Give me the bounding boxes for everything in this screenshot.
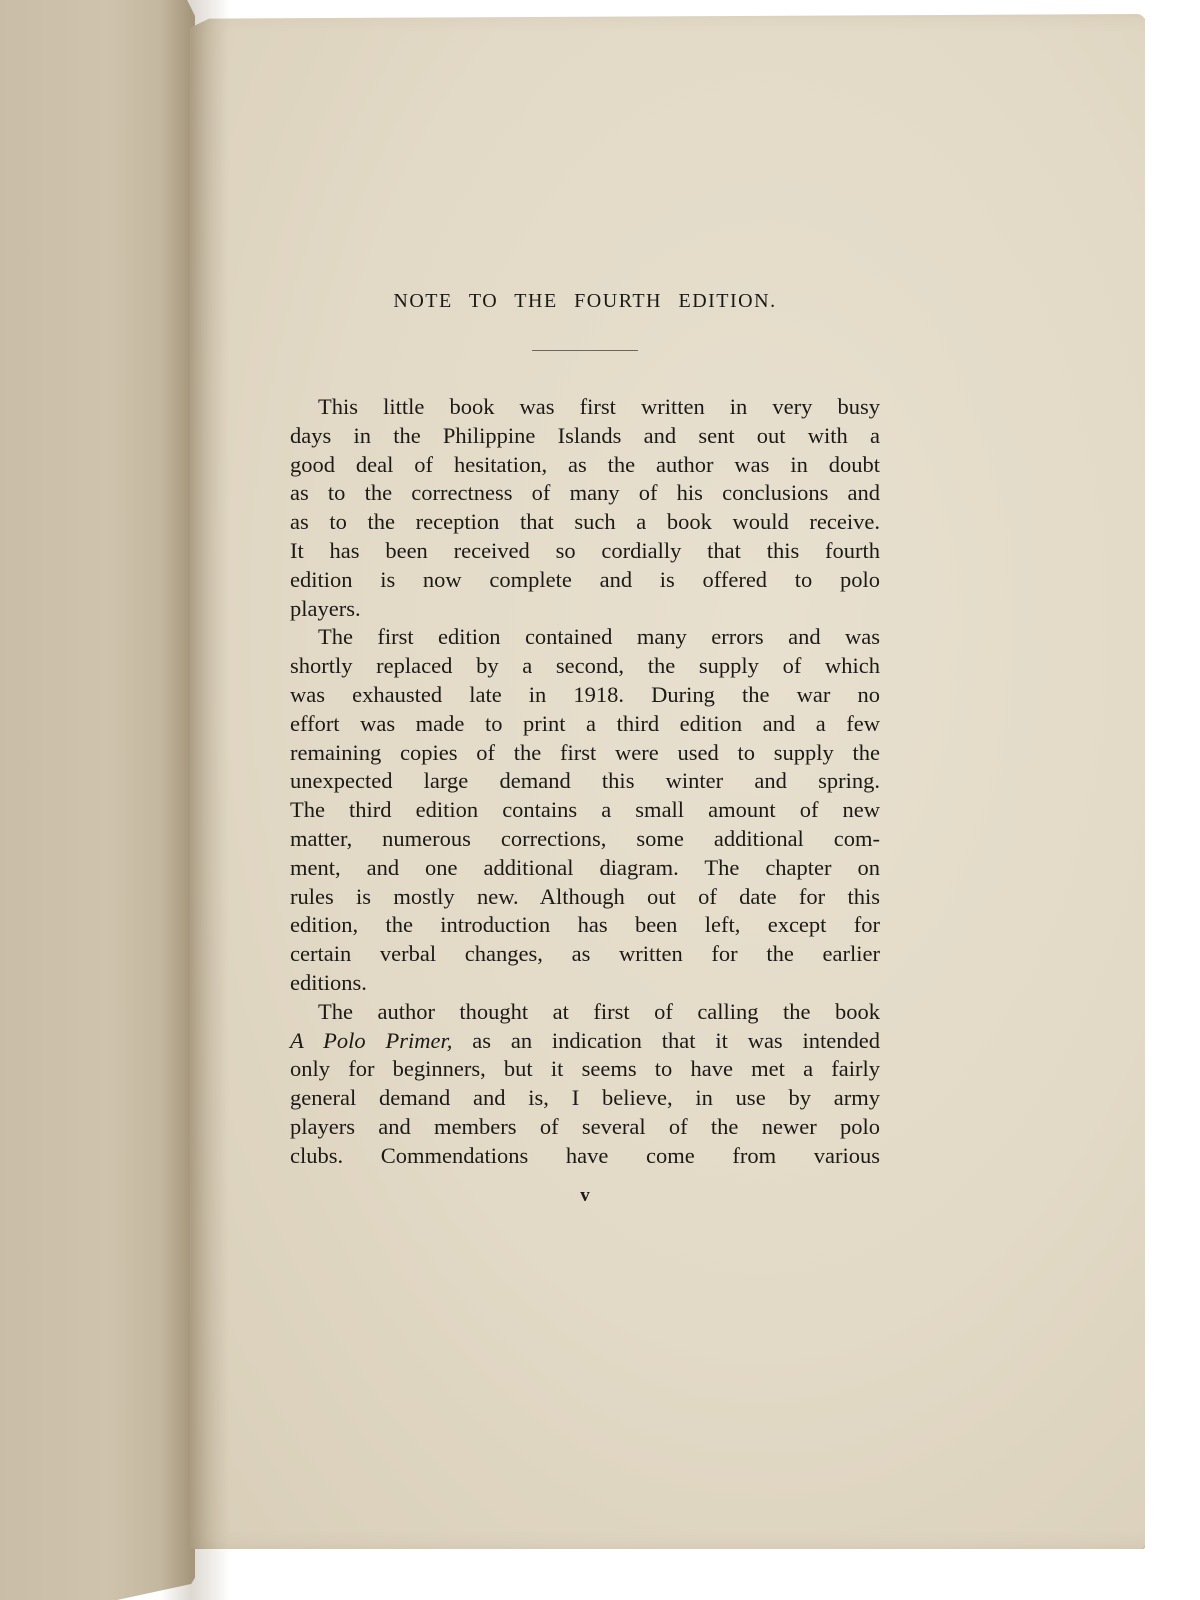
page-content: NOTE TO THE FOURTH EDITION. This little … [290,282,880,1207]
text-line: days in the Philippine Islands and sent … [290,422,880,451]
text-line: editions. [290,969,880,998]
text-line: ment, and one additional diagram. The ch… [290,854,880,883]
text-line: rules is mostly new. Although out of dat… [290,883,880,912]
text-line: shortly replaced by a second, the supply… [290,652,880,681]
text-fragment: as an indication that it was intended [472,1028,880,1053]
text-line: It has been received so cordially that t… [290,537,880,566]
text-line: clubs. Commendations have come from vari… [290,1142,880,1171]
text-line: effort was made to print a third edition… [290,710,880,739]
text-line: remaining copies of the first were used … [290,739,880,768]
divider-rule [532,350,638,351]
text-line: as to the reception that such a book wou… [290,508,880,537]
book-title-italic: A Polo Primer, [290,1028,452,1053]
text-line: The author thought at first of calling t… [290,998,880,1027]
text-line: This little book was first written in ve… [290,393,880,422]
photo-scene: NOTE TO THE FOURTH EDITION. This little … [0,0,1200,1600]
book-cover-edge [1145,1054,1151,1334]
text-line: was exhausted late in 1918. During the w… [290,681,880,710]
page-number: v [290,1185,880,1207]
text-line: matter, numerous corrections, some addit… [290,825,880,854]
text-line: general demand and is, I believe, in use… [290,1084,880,1113]
text-line: unexpected large demand this winter and … [290,767,880,796]
text-line: The first edition contained many errors … [290,623,880,652]
text-line: certain verbal changes, as written for t… [290,940,880,969]
text-line: edition, the introduction has been left,… [290,911,880,940]
text-line: players. [290,595,880,624]
left-page [0,0,195,1600]
text-line: only for beginners, but it seems to have… [290,1055,880,1084]
text-line: edition is now complete and is offered t… [290,566,880,595]
page-heading: NOTE TO THE FOURTH EDITION. [290,290,880,313]
right-page: NOTE TO THE FOURTH EDITION. This little … [190,14,1145,1549]
paragraph-2: The first edition contained many errors … [290,623,880,997]
text-line: The third edition contains a small amoun… [290,796,880,825]
text-line: players and members of several of the ne… [290,1113,880,1142]
paragraph-3: The author thought at first of calling t… [290,998,880,1171]
text-line: as to the correctness of many of his con… [290,479,880,508]
text-line: good deal of hesitation, as the author w… [290,451,880,480]
text-line: A Polo Primer, as an indication that it … [290,1027,880,1056]
paragraph-1: This little book was first written in ve… [290,393,880,623]
